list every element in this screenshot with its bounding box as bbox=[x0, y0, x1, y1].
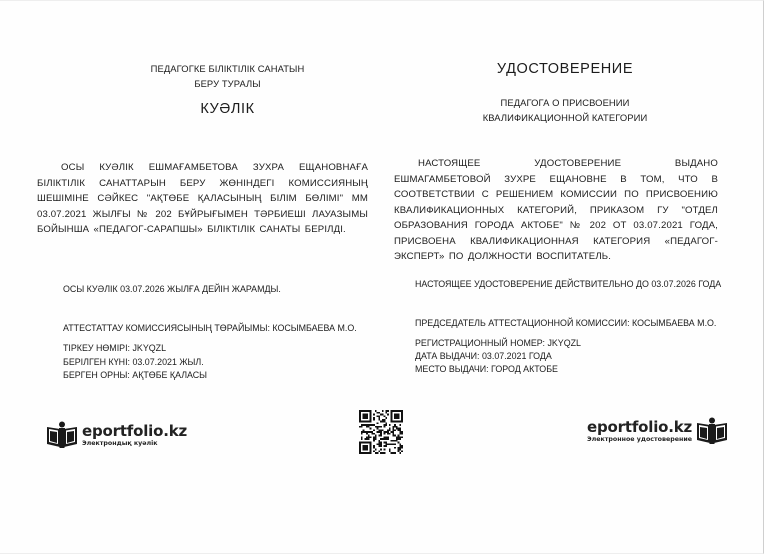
left-heading-line1: ПЕДАГОГКЕ БІЛІКТІЛІК САНАТЫН bbox=[100, 61, 355, 76]
right-heading-line1: ПЕДАГОГА О ПРИСВОЕНИИ bbox=[430, 95, 700, 110]
left-issue-place: БЕРГЕН ОРНЫ: АҚТӨБЕ ҚАЛАСЫ bbox=[63, 369, 207, 383]
right-title: УДОСТОВЕРЕНИЕ bbox=[430, 61, 700, 77]
left-logo-brand: eportfolio.kz bbox=[82, 423, 187, 439]
left-body: ОСЫ КУӘЛІК ЕШМАҒАМБЕТОВА ЗУХРА ЕЩАНОВНАҒ… bbox=[37, 160, 368, 238]
book-person-icon bbox=[46, 421, 78, 449]
left-heading-line2: БЕРУ ТУРАЛЫ bbox=[100, 76, 355, 91]
right-body: НАСТОЯЩЕЕ УДОСТОВЕРЕНИЕ ВЫДАНО ЕШМАГАМБЕ… bbox=[394, 156, 718, 265]
certificate-page: ПЕДАГОГКЕ БІЛІКТІЛІК САНАТЫН БЕРУ ТУРАЛЫ… bbox=[0, 0, 764, 554]
qr-code bbox=[359, 410, 403, 459]
left-reg-number: ТІРКЕУ НӨМІРІ: JKYQZL bbox=[63, 342, 166, 356]
book-person-icon bbox=[696, 417, 728, 445]
left-validity: ОСЫ КУӘЛІК 03.07.2026 ЖЫЛҒА ДЕЙІН ЖАРАМД… bbox=[63, 283, 281, 297]
left-heading: ПЕДАГОГКЕ БІЛІКТІЛІК САНАТЫН БЕРУ ТУРАЛЫ bbox=[100, 61, 355, 91]
right-reg-number: РЕГИСТРАЦИОННЫЙ НОМЕР: JKYQZL bbox=[415, 337, 581, 351]
left-body-text: ОСЫ КУӘЛІК ЕШМАҒАМБЕТОВА ЗУХРА ЕЩАНОВНАҒ… bbox=[37, 162, 368, 235]
right-heading: ПЕДАГОГА О ПРИСВОЕНИИ КВАЛИФИКАЦИОННОЙ К… bbox=[430, 95, 700, 125]
left-issue-date: БЕРІЛГЕН КҮНІ: 03.07.2021 ЖЫЛ. bbox=[63, 356, 204, 370]
right-chairman: ПРЕДСЕДАТЕЛЬ АТТЕСТАЦИОННОЙ КОМИССИИ: КО… bbox=[415, 317, 716, 331]
right-logo-subtitle: Электронное удостоверение bbox=[587, 435, 692, 444]
right-heading-line2: КВАЛИФИКАЦИОННОЙ КАТЕГОРИИ bbox=[430, 110, 700, 125]
left-logo: eportfolio.kz Электрондық куәлік bbox=[46, 421, 187, 449]
right-issue-place: МЕСТО ВЫДАЧИ: ГОРОД АКТОБЕ bbox=[415, 363, 558, 377]
right-body-text: НАСТОЯЩЕЕ УДОСТОВЕРЕНИЕ ВЫДАНО ЕШМАГАМБЕ… bbox=[394, 158, 718, 262]
right-validity: НАСТОЯЩЕЕ УДОСТОВЕРЕНИЕ ДЕЙСТВИТЕЛЬНО ДО… bbox=[415, 278, 721, 292]
right-logo: eportfolio.kz Электронное удостоверение bbox=[587, 417, 728, 445]
left-logo-subtitle: Электрондық куәлік bbox=[82, 439, 187, 448]
qr-code-icon bbox=[359, 410, 403, 454]
left-title: КУӘЛІК bbox=[100, 101, 355, 117]
right-logo-brand: eportfolio.kz bbox=[587, 419, 692, 435]
left-chairman: АТТЕСТАТТАУ КОМИССИЯСЫНЫҢ ТӨРАЙЫМЫ: КОСЫ… bbox=[63, 322, 357, 336]
right-issue-date: ДАТА ВЫДАЧИ: 03.07.2021 ГОДА bbox=[415, 350, 552, 364]
